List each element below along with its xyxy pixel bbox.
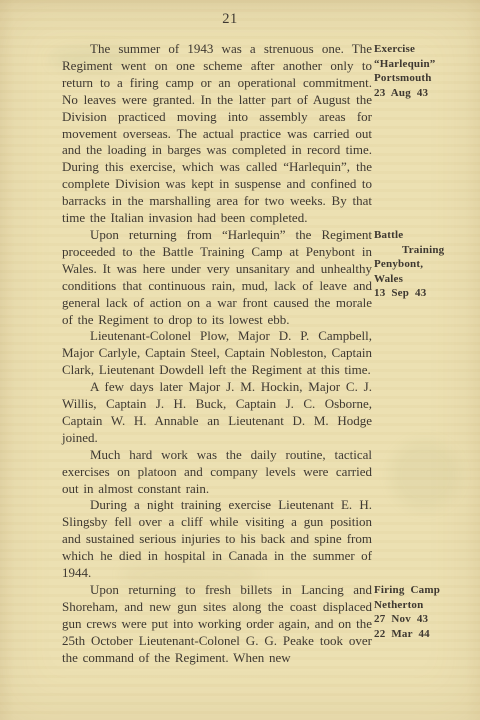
margin-note: Exercise“Harlequin”Portsmouth23 Aug 43: [374, 42, 476, 100]
margin-note-line: Wales: [374, 272, 476, 287]
page-number: 21: [62, 11, 372, 28]
text-block: The summer of 1943 was a strenuous one. …: [62, 41, 372, 667]
margin-notes: Exercise“Harlequin”Portsmouth23 Aug 43Ba…: [374, 0, 476, 720]
paragraph: A few days later Major J. M. Hockin, Maj…: [62, 379, 372, 447]
book-page: 21 The summer of 1943 was a strenuous on…: [0, 0, 480, 720]
margin-note: BattleTrainingPenybont,Wales13 Sep 43: [374, 228, 476, 301]
margin-note-line: Exercise: [374, 42, 476, 57]
paragraph: Lieutenant-Colonel Plow, Major D. P. Cam…: [62, 328, 372, 379]
margin-note-line: Battle: [374, 228, 476, 243]
paragraph: Upon returning from “Harlequin” the Regi…: [62, 227, 372, 328]
margin-note-line: 27 Nov 43: [374, 612, 476, 627]
margin-note-line: Training: [374, 243, 476, 258]
paragraph: During a night training exercise Lieuten…: [62, 497, 372, 582]
margin-note-line: “Harlequin”: [374, 57, 476, 72]
margin-note-line: 22 Mar 44: [374, 627, 476, 642]
margin-note-line: 13 Sep 43: [374, 286, 476, 301]
margin-note-line: Firing Camp: [374, 583, 476, 598]
margin-note: Firing CampNetherton27 Nov 4322 Mar 44: [374, 583, 476, 641]
paragraph: The summer of 1943 was a strenuous one. …: [62, 41, 372, 227]
margin-note-line: Portsmouth: [374, 71, 476, 86]
margin-note-line: 23 Aug 43: [374, 86, 476, 101]
paragraph: Much hard work was the daily routine, ta…: [62, 447, 372, 498]
margin-note-line: Netherton: [374, 598, 476, 613]
margin-note-line: Penybont,: [374, 257, 476, 272]
paragraph: Upon returning to fresh billets in Lanci…: [62, 582, 372, 667]
